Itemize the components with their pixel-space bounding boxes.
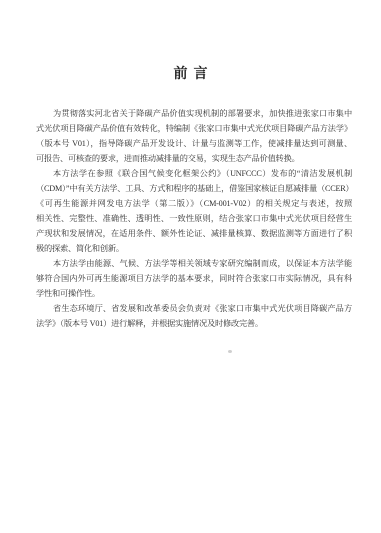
paragraph: 为贯彻落实河北省关于降碳产品价值实现机制的部署要求，加快推进张家口市集中 式光伏…	[36, 106, 352, 166]
document-page: 前言 为贯彻落实河北省关于降碳产品价值实现机制的部署要求，加快推进张家口市集中 …	[0, 0, 381, 533]
paragraph: 本方法学在参照《联合国气候变化框架公约》（UNFCCC）发布的“清洁发展机制 （…	[36, 166, 352, 256]
page-title: 前言	[0, 63, 381, 83]
paragraph: 本方法学由能源、气候、方法学等相关领域专家研究编制而成，以保证本方法学能 够符合…	[36, 256, 352, 301]
text-line: 本方法学在参照《联合国气候变化框架公约》（UNFCCC）发布的“清洁发展机制	[36, 166, 352, 181]
text-line: （版本号 V01），指导降碳产品开发设计、计量与监测等工作，使减排量达到可测量、	[36, 136, 352, 151]
text-line: 《可再生能源并网发电方法学（第二版）》（CM-001-V02）的相关规定与表述，…	[36, 196, 352, 211]
text-line: 省生态环境厅、省发展和改革委员会负责对《张家口市集中式光伏项目降碳产品方	[36, 301, 352, 316]
text-line: 可报告、可核查的要求，进而推动减排量的交易，实现生态产品价值转换。	[36, 151, 352, 166]
text-line: 产现状和发展情况，在适用条件、额外性论证、减排量核算、数据监测等方面进行了积	[36, 226, 352, 241]
text-line: 极的探索、简化和创新。	[36, 241, 352, 256]
text-line: 式光伏项目降碳产品价值有效转化，特编制《张家口市集中式光伏项目降碳产品方法学》	[36, 121, 352, 136]
text-line: 为贯彻落实河北省关于降碳产品价值实现机制的部署要求，加快推进张家口市集中	[36, 106, 352, 121]
text-line: 相关性、完整性、准确性、透明性、一致性原则，结合张家口市集中式光伏项目经营生	[36, 211, 352, 226]
document-body: 为贯彻落实河北省关于降碳产品价值实现机制的部署要求，加快推进张家口市集中 式光伏…	[36, 106, 352, 331]
paragraph: 省生态环境厅、省发展和改革委员会负责对《张家口市集中式光伏项目降碳产品方 法学》…	[36, 301, 352, 331]
text-line: 学性和可操作性。	[36, 286, 352, 301]
scan-speck	[228, 350, 232, 353]
text-line: 法学》（版本号 V01）进行解释，并根据实施情况及时修改完善。	[36, 316, 352, 331]
text-line: （CDM）”中有关方法学、工具、方式和程序的基础上，借鉴国家核证自愿减排量（CC…	[36, 181, 352, 196]
text-line: 本方法学由能源、气候、方法学等相关领域专家研究编制而成，以保证本方法学能	[36, 256, 352, 271]
text-line: 够符合国内外可再生能源项目方法学的基本要求，同时符合张家口市实际情况，具有科	[36, 271, 352, 286]
